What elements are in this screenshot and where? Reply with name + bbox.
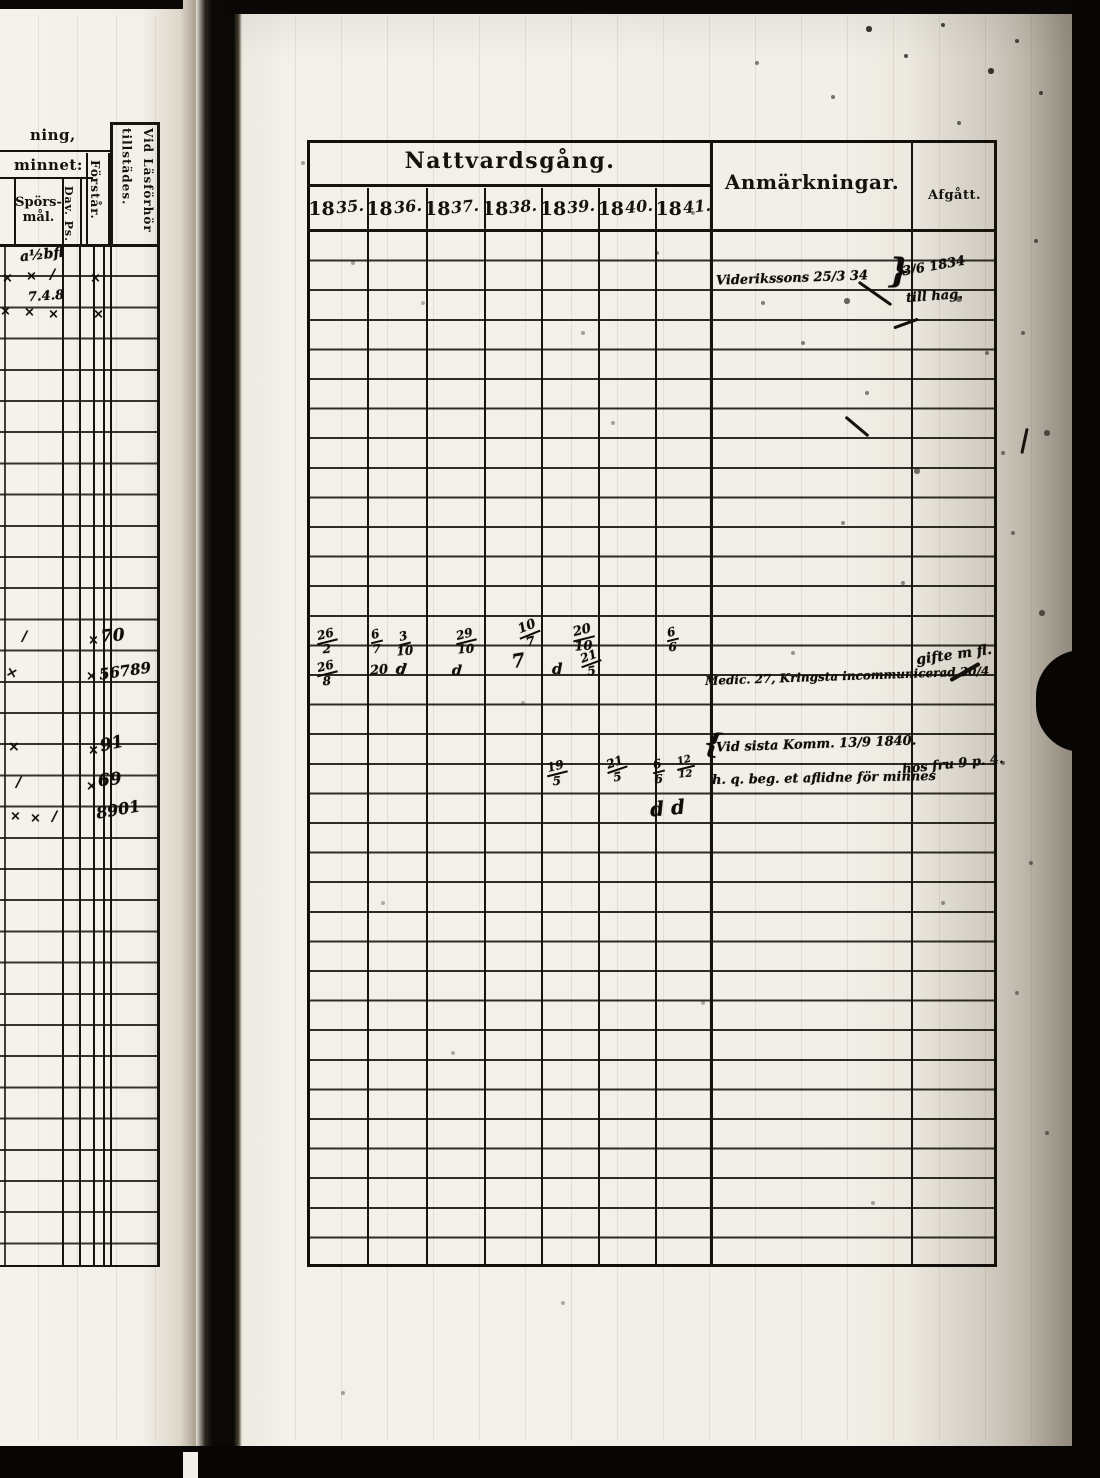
- title-bottom-rule: [307, 184, 712, 187]
- scan-edge-bottom-slit: [183, 1452, 198, 1478]
- left-col-line: [93, 246, 95, 1267]
- column-header-forstar: Förstår.: [88, 160, 102, 244]
- year-cell: 18 35.: [307, 188, 365, 230]
- scanned-church-record-page: ning, minnet: Spörs- mål. Dav. Ps. Först…: [0, 0, 1100, 1478]
- anmarkningar-header: Anmärkningar.: [712, 170, 912, 194]
- year-cell: 18 40.: [596, 188, 654, 230]
- left-col-line: [79, 246, 81, 1267]
- left-col-line: [157, 122, 160, 246]
- scan-edge-top-left: [0, 0, 183, 9]
- table-title: Nattvardsgång.: [310, 148, 710, 174]
- left-col-line: [14, 179, 16, 244]
- main-body-grid: [310, 232, 994, 1265]
- left-col-line: [62, 179, 64, 244]
- year-handwritten: 38.: [508, 195, 538, 217]
- year-cell: 18 38.: [481, 188, 539, 230]
- left-col-line: [110, 122, 113, 246]
- left-bottom-rule: [0, 1265, 160, 1267]
- sporsmal-line1: Spörs-: [15, 195, 62, 210]
- scan-edge-bottom: [0, 1446, 1100, 1478]
- left-col-line: [110, 246, 112, 1267]
- year-cell: 18 37.: [423, 188, 481, 230]
- sporsmal-line2: mål.: [23, 210, 55, 225]
- left-col-line: [103, 246, 105, 1267]
- left-heading-fragment-1: ning,: [30, 126, 76, 144]
- year-handwritten: 39.: [566, 195, 596, 217]
- year-handwritten: 36.: [393, 195, 423, 217]
- scan-edge-right: [1072, 0, 1100, 1478]
- year-handwritten: 41.: [682, 195, 712, 217]
- left-col-line: [62, 246, 64, 1267]
- year-cell: 18 36.: [365, 188, 423, 230]
- year-printed-prefix: 18: [308, 198, 334, 220]
- book-gutter: [196, 0, 242, 1478]
- year-printed-prefix: 18: [540, 198, 566, 220]
- left-col-line: [157, 246, 160, 1267]
- year-printed-prefix: 18: [655, 198, 681, 220]
- year-cell: 18 39.: [538, 188, 596, 230]
- left-rule: [0, 150, 112, 152]
- left-col-line: [4, 246, 6, 1267]
- left-heading-fragment-2: minnet:: [14, 156, 83, 174]
- year-handwritten: 35.: [335, 195, 365, 217]
- column-header-sporsmal: Spörs- mål.: [14, 196, 63, 226]
- column-header-lasforhor: Vid Läsförhör tillstädes.: [114, 128, 158, 244]
- left-col-line: [86, 153, 88, 244]
- year-cell: 18 41.: [654, 188, 712, 230]
- scan-edge-top-right: [230, 0, 1100, 14]
- year-handwritten: 37.: [451, 195, 481, 217]
- year-printed-prefix: 18: [598, 198, 624, 220]
- left-col-line: [80, 179, 82, 244]
- year-printed-prefix: 18: [366, 198, 392, 220]
- left-rule: [110, 122, 160, 125]
- year-handwritten: 40.: [624, 195, 654, 217]
- afgatt-header: Afgått.: [912, 188, 997, 203]
